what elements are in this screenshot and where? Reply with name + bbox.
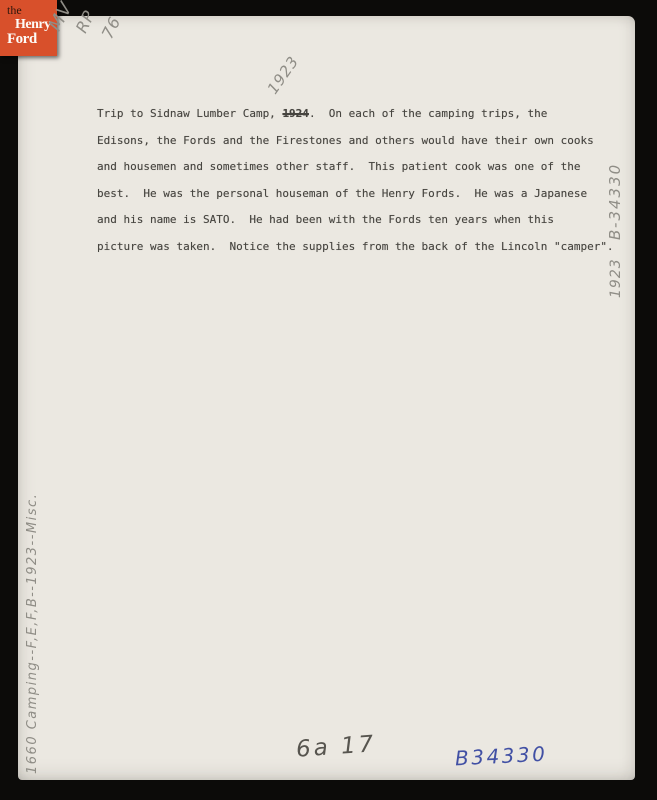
caption-line: and his name is SATO. He had been with t… bbox=[97, 207, 617, 234]
logo-word-the: the bbox=[7, 3, 22, 18]
caption-text: Trip to Sidnaw Lumber Camp, bbox=[97, 107, 282, 120]
caption-line: Edisons, the Fords and the Firestones an… bbox=[97, 128, 617, 155]
scanned-photo-verso: the Henry Ford MV RP 76 1923 Trip to Sid… bbox=[0, 0, 657, 800]
caption-line: and housemen and sometimes other staff. … bbox=[97, 154, 617, 181]
caption-line: picture was taken. Notice the supplies f… bbox=[97, 234, 617, 261]
blue-ink-accession-number: B34330 bbox=[454, 742, 547, 771]
henry-ford-logo: the Henry Ford bbox=[0, 0, 57, 56]
logo-word-ford: Ford bbox=[7, 31, 37, 48]
pencil-filing-note-vertical: 1660 Camping--F,E,F,B--1923--Misc. bbox=[25, 422, 40, 774]
caption-text: . On each of the camping trips, the bbox=[309, 107, 547, 120]
pencil-year-vertical: 1923 bbox=[608, 238, 624, 298]
caption-line: best. He was the personal houseman of th… bbox=[97, 181, 617, 208]
caption-line: Trip to Sidnaw Lumber Camp, 1924. On eac… bbox=[97, 101, 617, 128]
typewritten-caption: Trip to Sidnaw Lumber Camp, 1924. On eac… bbox=[97, 101, 617, 261]
pencil-negative-number-vertical: B-34330 bbox=[606, 58, 624, 240]
struck-out-date: 1924 bbox=[282, 107, 309, 120]
